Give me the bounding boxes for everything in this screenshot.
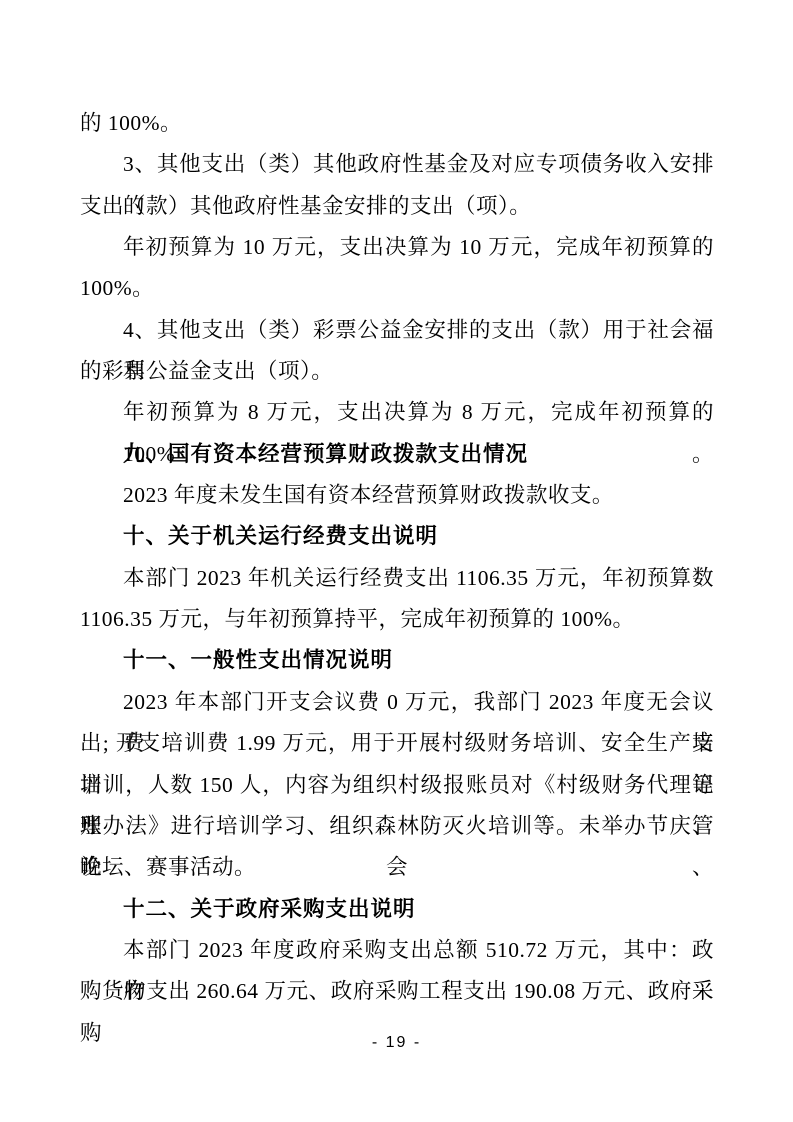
document-page: 的 100%。3、其他支出（类）其他政府性基金及对应专项债务收入安排的支出（款）… <box>0 0 793 1122</box>
document-line: 年初预算为 8 万元，支出决算为 8 万元，完成年初预算的 100%。 <box>80 392 714 433</box>
document-line: 本部门 2023 年机关运行经费支出 1106.35 万元，年初预算数 <box>80 558 714 599</box>
document-line: 2023 年度未发生国有资本经营预算财政拨款收支。 <box>80 475 714 516</box>
document-line: 的彩票公益金支出（项）。 <box>80 351 714 392</box>
section-heading: 十、关于机关运行经费支出说明 <box>80 516 714 557</box>
section-heading: 十二、关于政府采购支出说明 <box>80 889 714 930</box>
document-line: 培训，人数 150 人，内容为组织村级报账员对《村级财务代理记账管 <box>80 765 714 806</box>
document-line: 2023 年本部门开支会议费 0 万元，我部门 2023 年度无会议费支 <box>80 682 714 723</box>
document-line: 年初预算为 10 万元，支出决算为 10 万元，完成年初预算的 <box>80 227 714 268</box>
section-heading: 十一、一般性支出情况说明 <box>80 640 714 681</box>
document-line: 4、其他支出（类）彩票公益金安排的支出（款）用于社会福利 <box>80 310 714 351</box>
document-line: 1106.35 万元，与年初预算持平，完成年初预算的 100%。 <box>80 599 714 640</box>
document-line: 3、其他支出（类）其他政府性基金及对应专项债务收入安排的 <box>80 144 714 185</box>
document-line: 本部门 2023 年度政府采购支出总额 510.72 万元，其中：政府采 <box>80 930 714 971</box>
page-number: - 19 - <box>0 1034 793 1052</box>
document-body: 的 100%。3、其他支出（类）其他政府性基金及对应专项债务收入安排的支出（款）… <box>80 103 714 1013</box>
document-line: 出; 开支培训费 1.99 万元，用于开展村级财务培训、安全生产培训等 <box>80 723 714 764</box>
document-line: 100%。 <box>80 268 714 309</box>
document-line: 的 100%。 <box>80 103 714 144</box>
document-line: 购货物支出 260.64 万元、政府采购工程支出 190.08 万元、政府采购 <box>80 971 714 1012</box>
document-line: 理办法》进行培训学习、组织森林防灭火培训等。未举办节庆、晚会、 <box>80 806 714 847</box>
document-line: 支出（款）其他政府性基金安排的支出（项）。 <box>80 186 714 227</box>
